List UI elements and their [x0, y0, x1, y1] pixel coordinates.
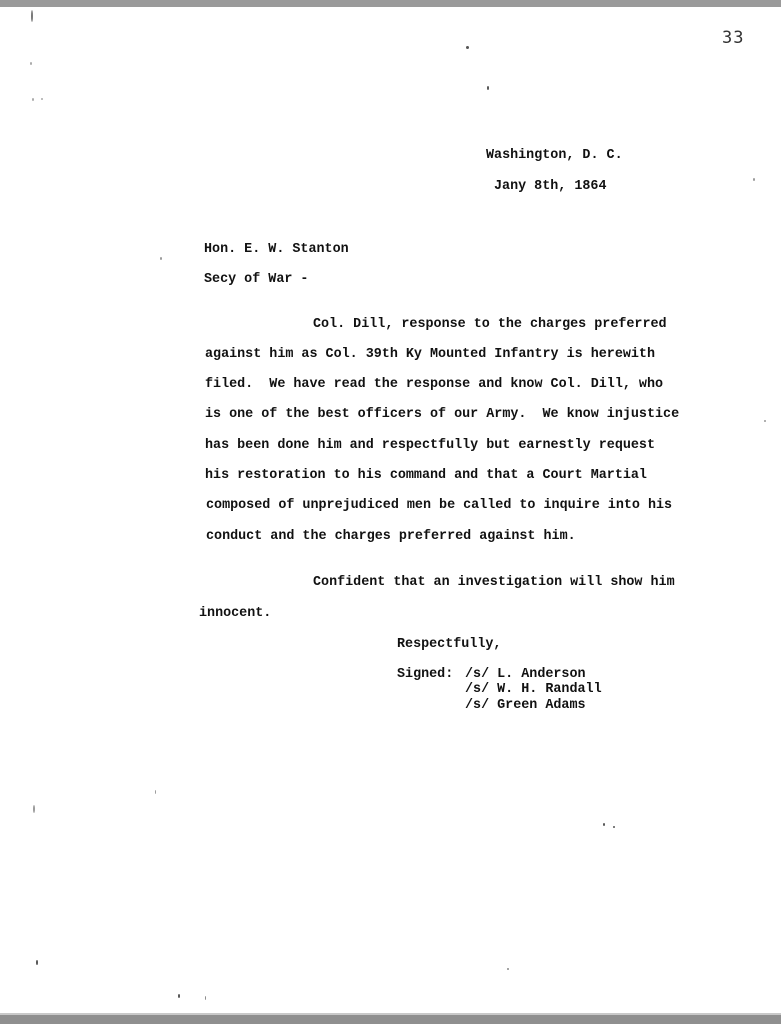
scan-speck	[155, 790, 156, 794]
page-number: 33	[722, 28, 744, 48]
scan-speck	[33, 805, 35, 813]
body-line: has been done him and respectfully but e…	[205, 439, 655, 452]
body-line: his restoration to his command and that …	[205, 469, 647, 482]
body-line: against him as Col. 39th Ky Mounted Infa…	[205, 348, 655, 361]
viewer-bottom-bar	[0, 1015, 781, 1024]
signature-line: /s/ L. Anderson	[465, 668, 586, 681]
letter-place: Washington, D. C.	[486, 149, 623, 162]
body-line: composed of unprejudiced men be called t…	[206, 499, 672, 512]
scan-speck	[36, 960, 38, 965]
scan-speck	[466, 46, 469, 49]
scan-speck	[32, 98, 34, 101]
scan-speck	[613, 826, 615, 828]
body-line: Confident that an investigation will sho…	[313, 576, 675, 589]
scan-speck	[160, 257, 162, 260]
body-line: is one of the best officers of our Army.…	[205, 408, 679, 421]
scan-speck	[603, 823, 605, 826]
body-line: filed. We have read the response and kno…	[205, 378, 663, 391]
letter-date: Jany 8th, 1864	[494, 180, 607, 193]
signature-line: /s/ Green Adams	[465, 699, 586, 712]
body-line: conduct and the charges preferred agains…	[206, 530, 576, 543]
signature-line: /s/ W. H. Randall	[465, 683, 602, 696]
scan-speck	[487, 86, 489, 90]
scan-speck	[764, 420, 766, 422]
body-line: innocent.	[199, 607, 271, 620]
scan-speck	[41, 98, 43, 100]
body-line: Col. Dill, response to the charges prefe…	[313, 318, 667, 331]
closing-salutation: Respectfully,	[397, 638, 501, 651]
viewer-top-bar	[0, 0, 781, 7]
addressee-name: Hon. E. W. Stanton	[204, 243, 349, 256]
scan-speck	[178, 994, 180, 998]
scan-speck	[507, 968, 509, 970]
scan-speck	[205, 996, 206, 1000]
scan-speck	[30, 62, 32, 65]
addressee-title: Secy of War -	[204, 273, 308, 286]
signed-label: Signed:	[397, 668, 453, 681]
scan-speck	[753, 178, 755, 181]
scan-speck	[31, 10, 33, 22]
